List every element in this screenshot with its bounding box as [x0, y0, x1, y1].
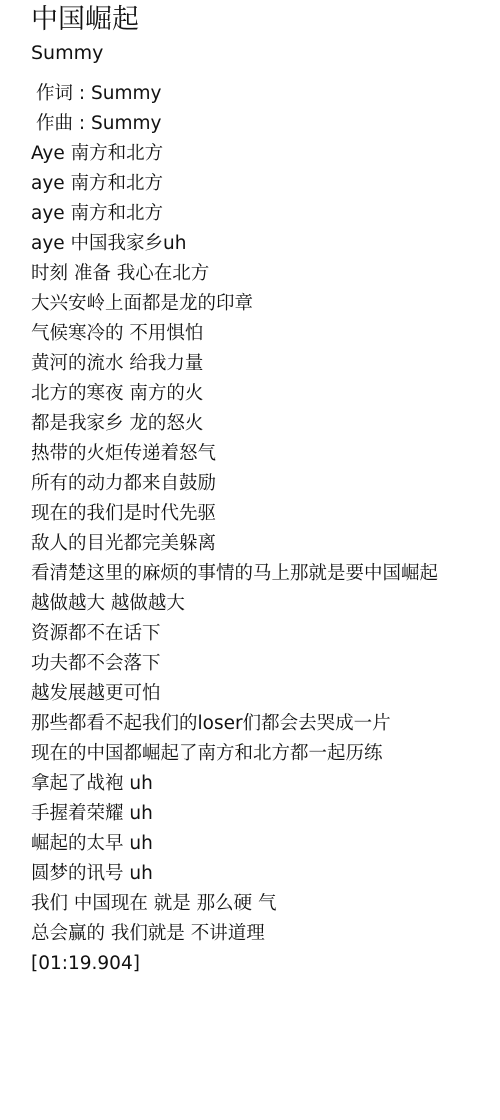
lyric-line: 黄河的流水 给我力量: [31, 349, 438, 379]
lyric-line: 时刻 准备 我心在北方: [31, 259, 438, 289]
lyric-line: 拿起了战袍 uh: [31, 769, 438, 799]
lyric-line: 气候寒冷的 不用惧怕: [31, 319, 438, 349]
lyric-line: 越做越大 越做越大: [31, 589, 438, 619]
lyric-line: 总会赢的 我们就是 不讲道理: [31, 919, 438, 949]
lyric-line: Aye 南方和北方: [31, 139, 438, 169]
lyric-line: 我们 中国现在 就是 那么硬 气: [31, 889, 438, 919]
lyric-line: aye 南方和北方: [31, 169, 438, 199]
lyrics-list: 作词 : Summy 作曲 : Summy Aye 南方和北方 aye 南方和北…: [31, 79, 438, 979]
song-title: 中国崛起: [31, 2, 139, 38]
lyric-line: aye 南方和北方: [31, 199, 438, 229]
lyric-line: 热带的火炬传递着怒气: [31, 439, 438, 469]
lyric-line: 崛起的太早 uh: [31, 829, 438, 859]
lyric-line: 敌人的目光都完美躲离: [31, 529, 438, 559]
lyric-line: 现在的中国都崛起了南方和北方都一起历练: [31, 739, 438, 769]
lyric-line: 大兴安岭上面都是龙的印章: [31, 289, 438, 319]
lyric-line: 都是我家乡 龙的怒火: [31, 409, 438, 439]
artist-name: Summy: [31, 40, 103, 66]
lyric-line: 圆梦的讯号 uh: [31, 859, 438, 889]
lyric-line: 功夫都不会落下: [31, 649, 438, 679]
lyric-line: aye 中国我家乡uh: [31, 229, 438, 259]
lyric-line: 资源都不在话下: [31, 619, 438, 649]
composer-credit: 作曲 : Summy: [31, 109, 438, 139]
timestamp: [01:19.904]: [31, 949, 438, 979]
lyric-line: 北方的寒夜 南方的火: [31, 379, 438, 409]
lyricist-credit: 作词 : Summy: [31, 79, 438, 109]
lyric-line: 现在的我们是时代先驱: [31, 499, 438, 529]
lyric-line: 手握着荣耀 uh: [31, 799, 438, 829]
lyric-line: 那些都看不起我们的loser们都会去哭成一片: [31, 709, 438, 739]
lyric-line: 所有的动力都来自鼓励: [31, 469, 438, 499]
lyric-line: 看清楚这里的麻烦的事情的马上那就是要中国崛起: [31, 559, 438, 589]
lyric-line: 越发展越更可怕: [31, 679, 438, 709]
